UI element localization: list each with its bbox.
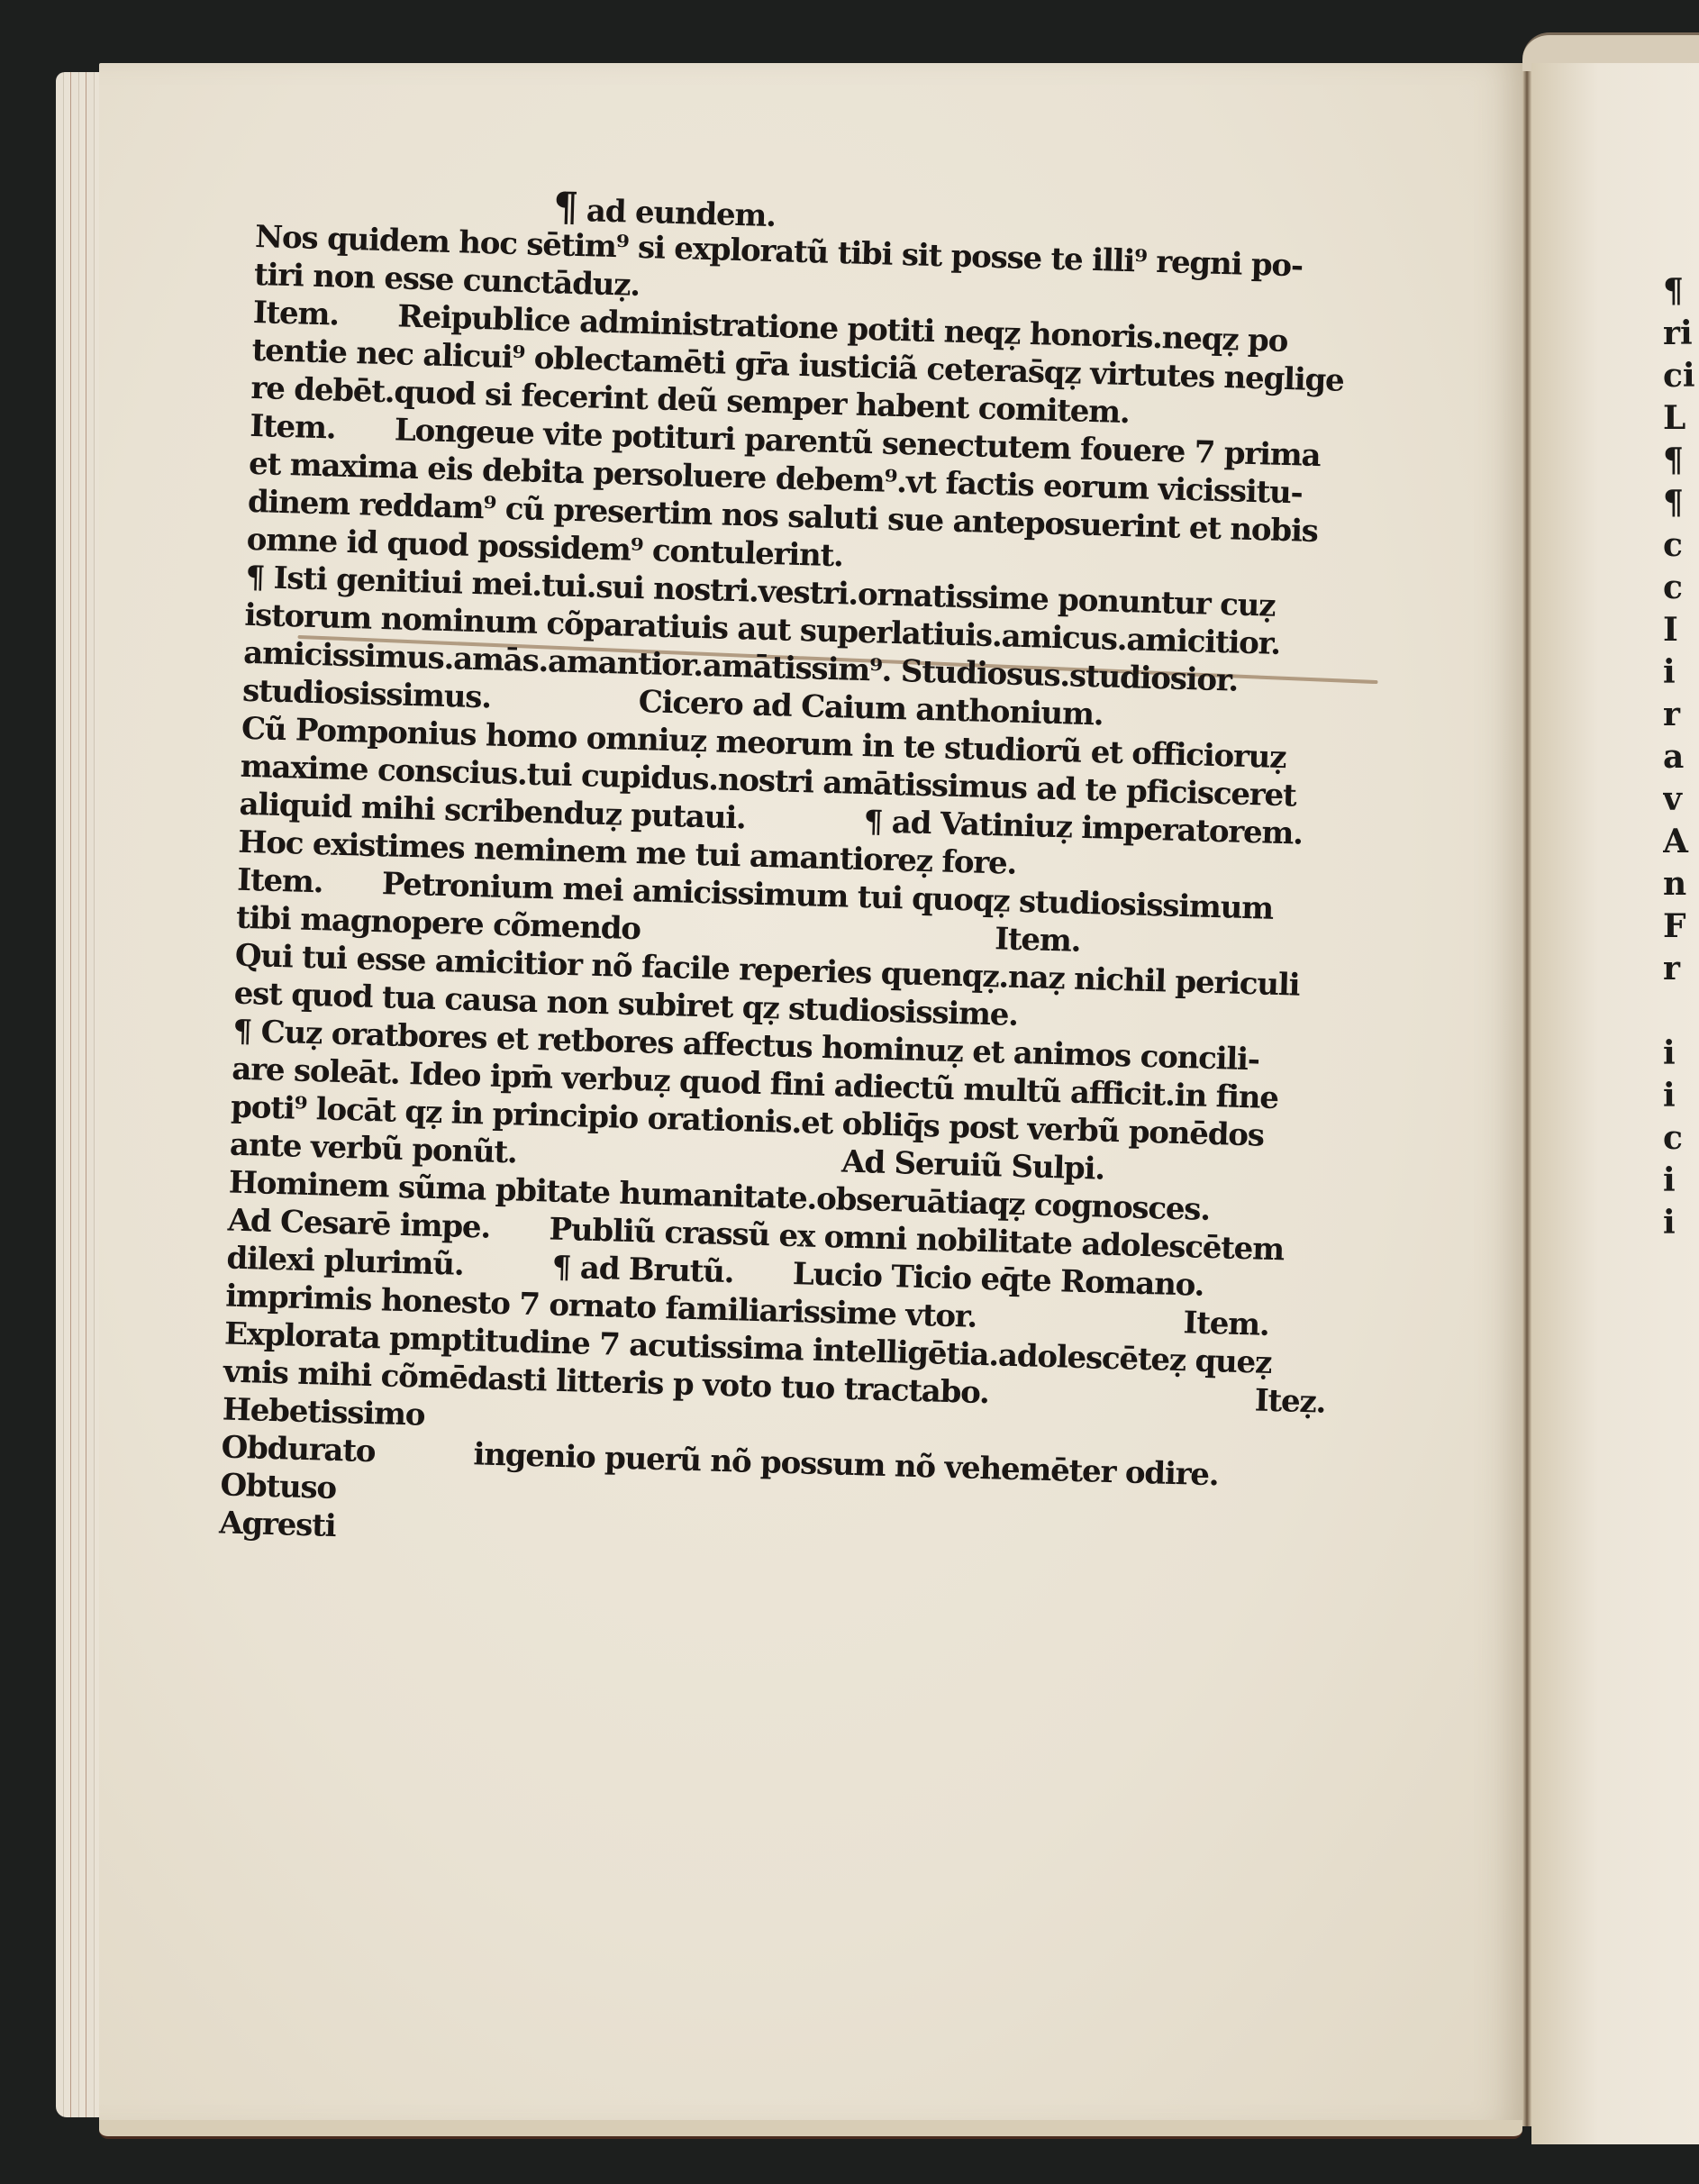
right-page-line-start: r (1663, 694, 1699, 736)
book-gutter (1522, 63, 1531, 2126)
right-page-line-start: ¶ (1663, 270, 1699, 313)
right-page-line-start: i (1663, 1202, 1699, 1244)
right-page-line-start: c (1663, 524, 1699, 567)
margin-word: Agresti (219, 1504, 472, 1549)
right-page-line-start: ri (1663, 313, 1699, 355)
right-page-line-start: i (1663, 1075, 1699, 1117)
right-page-text-fragment: ¶riciL¶¶ccIiravAnFriicii (1663, 270, 1699, 1244)
right-page-line-start: ci (1663, 355, 1699, 397)
pilcrow-icon: ¶ (553, 184, 578, 231)
right-page-line-start: a (1663, 736, 1699, 778)
right-page-line-start: I (1663, 609, 1699, 651)
left-page-text: ¶ad eundem. Nos quidem hoc sētim⁹ si exp… (219, 180, 1401, 1574)
right-page-line-start: i (1663, 1033, 1699, 1075)
body-lines: Nos quidem hoc sētim⁹ si exploratũ tibi… (222, 218, 1399, 1461)
right-page-line-start: i (1663, 1160, 1699, 1202)
right-page-line-start (1663, 990, 1699, 1033)
page-edges-left (56, 72, 101, 2117)
book-spread: ¶ad eundem. Nos quidem hoc sētim⁹ si exp… (0, 0, 1699, 2184)
right-page-line-start: i (1663, 651, 1699, 694)
right-page-line-start: c (1663, 1117, 1699, 1160)
right-page-line-start: c (1663, 567, 1699, 609)
right-page-line-start: ¶ (1663, 482, 1699, 524)
right-page-line-start: n (1663, 863, 1699, 905)
right-page-line-start: F (1663, 905, 1699, 948)
right-page-line-start: r (1663, 948, 1699, 990)
right-page-line-start: A (1663, 821, 1699, 863)
right-page-line-start: v (1663, 778, 1699, 821)
right-page-line-start: L (1663, 397, 1699, 440)
right-page-line-start: ¶ (1663, 440, 1699, 482)
